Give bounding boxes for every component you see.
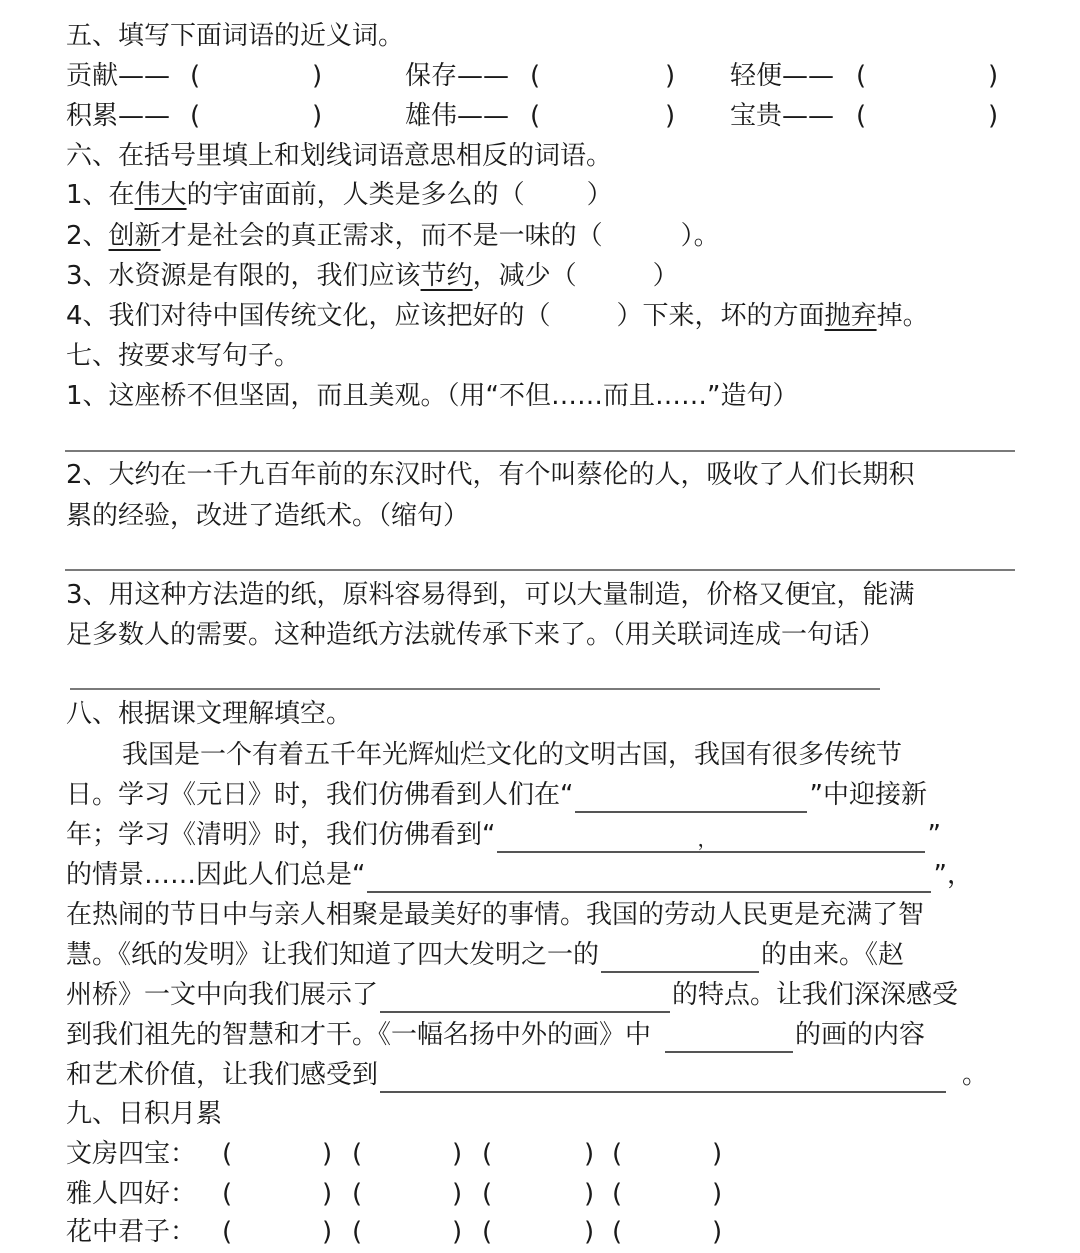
synonym-word: 保存—— <box>405 58 509 94</box>
antonym-question-3: 3、水资源是有限的，我们应该节约，减少（） <box>66 258 679 294</box>
synonym-word: 轻便—— <box>730 58 834 94</box>
text: 2、 <box>66 221 109 251</box>
fill-blank-feeling[interactable] <box>380 1061 946 1093</box>
section-6-title: 六、在括号里填上和划线词语意思相反的词语。 <box>66 138 612 174</box>
open-paren: ( <box>352 1214 362 1250</box>
open-paren: ( <box>482 1136 492 1172</box>
text: 到我们祖先的智慧和才干。《一幅名扬中外的画》中 <box>66 1020 651 1050</box>
text: 慧。《纸的发明》让我们知道了四大发明之一的 <box>66 940 599 970</box>
fill-blank-saying[interactable] <box>367 861 931 893</box>
open-paren: ( <box>222 1176 232 1212</box>
text: 日。学习《元日》时，我们仿佛看到人们在“ <box>66 780 573 810</box>
text: ） <box>653 261 679 291</box>
passage-line-1: 我国是一个有着五千年光辉灿烂文化的文明古国，我国有很多传统节 <box>122 737 902 773</box>
underlined-word: 节约 <box>421 261 473 291</box>
antonym-question-1: 1、在伟大的宇宙面前，人类是多么的（） <box>66 177 613 213</box>
sentence-question-2-line-1: 2、大约在一千九百年前的东汉时代，有个叫蔡伦的人，吸收了人们长期积 <box>66 457 915 493</box>
close-paren: ) <box>584 1214 594 1250</box>
fill-blank-bridge-features[interactable] <box>380 981 670 1013</box>
answer-blank[interactable] <box>374 1214 450 1250</box>
section-7-title: 七、按要求写句子。 <box>66 338 300 374</box>
open-paren: ( <box>352 1176 362 1212</box>
text: 的宇宙面前，人类是多么的（ <box>187 180 525 210</box>
sentence-question-3-line-2: 足多数人的需要。这种造纸方法就传承下来了。（用关联词连成一句话） <box>66 617 885 653</box>
answer-blank[interactable] <box>634 1214 710 1250</box>
close-paren: ) <box>988 98 998 134</box>
passage-line-2: 日。学习《元日》时，我们仿佛看到人们在“”中迎接新 <box>66 777 927 813</box>
synonym-answer-blank[interactable] <box>878 58 984 94</box>
text: ”中迎接新 <box>809 780 926 810</box>
fill-blank-painting[interactable] <box>665 1021 793 1053</box>
section-9-title: 九、日积月累 <box>66 1096 222 1132</box>
antonym-question-2: 2、创新才是社会的真正需求，而不是一味的（）。 <box>66 218 720 254</box>
answer-line-1[interactable] <box>65 450 1015 452</box>
underlined-word: 创新 <box>109 221 161 251</box>
open-paren: ( <box>612 1214 622 1250</box>
synonym-answer-blank[interactable] <box>552 98 662 134</box>
close-paren: ) <box>712 1176 722 1212</box>
passage-line-5: 在热闹的节日中与亲人相聚是最美好的事情。我国的劳动人民更是充满了智 <box>66 897 924 933</box>
answer-blank[interactable] <box>634 1176 710 1212</box>
section-5-title: 五、填写下面词语的近义词。 <box>66 18 404 54</box>
answer-blank[interactable] <box>244 1214 320 1250</box>
open-paren: ( <box>612 1136 622 1172</box>
sentence-question-3-line-1: 3、用这种方法造的纸，原料容易得到，可以大量制造，价格又便宜，能满 <box>66 577 915 613</box>
answer-line-3[interactable] <box>70 688 880 690</box>
open-paren: ( <box>222 1136 232 1172</box>
answer-blank[interactable] <box>504 1214 580 1250</box>
text: ）下来，坏的方面 <box>617 301 825 331</box>
synonym-answer-blank[interactable] <box>212 98 308 134</box>
passage-line-9: 和艺术价值，让我们感受到。 <box>66 1057 988 1093</box>
close-paren: ) <box>452 1136 462 1172</box>
text: 和艺术价值，让我们感受到 <box>66 1060 378 1090</box>
synonym-answer-blank[interactable] <box>552 58 662 94</box>
text: ” <box>927 820 940 850</box>
text: 才是社会的真正需求，而不是一味的（ <box>161 221 603 251</box>
row-label: 雅人四好： <box>66 1176 196 1212</box>
answer-blank[interactable] <box>504 1136 580 1172</box>
passage-line-4: 的情景……因此人们总是“”， <box>66 857 973 893</box>
antonym-question-4: 4、我们对待中国传统文化，应该把好的（）下来，坏的方面抛弃掉。 <box>66 298 929 334</box>
open-paren: ( <box>856 98 866 134</box>
text: 的画的内容 <box>795 1020 925 1050</box>
text: 年；学习《清明》时，我们仿佛看到“ <box>66 820 495 850</box>
close-paren: ) <box>322 1214 332 1250</box>
answer-blank[interactable] <box>374 1136 450 1172</box>
text: 的特点。让我们深深感受 <box>672 980 958 1010</box>
open-paren: ( <box>530 58 540 94</box>
text: 4、我们对待中国传统文化，应该把好的（ <box>66 301 551 331</box>
passage-line-7: 州桥》一文中向我们展示了的特点。让我们深深感受 <box>66 977 958 1013</box>
synonym-word: 积累—— <box>66 98 170 134</box>
answer-blank[interactable] <box>504 1176 580 1212</box>
section-8-title: 八、根据课文理解填空。 <box>66 696 352 732</box>
text: ， <box>697 821 717 853</box>
answer-blank[interactable] <box>244 1136 320 1172</box>
close-paren: ) <box>665 98 675 134</box>
open-paren: ( <box>612 1176 622 1212</box>
text: 1、在 <box>66 180 135 210</box>
row-label: 文房四宝： <box>66 1136 196 1172</box>
passage-line-6: 慧。《纸的发明》让我们知道了四大发明之一的的由来。《赵 <box>66 937 904 973</box>
open-paren: ( <box>190 98 200 134</box>
close-paren: ) <box>988 58 998 94</box>
synonym-word: 宝贵—— <box>730 98 834 134</box>
answer-blank[interactable] <box>634 1136 710 1172</box>
fill-blank-invention[interactable] <box>601 941 759 973</box>
synonym-word: 贡献—— <box>66 58 170 94</box>
close-paren: ) <box>322 1176 332 1212</box>
text: ） <box>587 180 613 210</box>
close-paren: ) <box>665 58 675 94</box>
passage-line-3: 年；学习《清明》时，我们仿佛看到“，” <box>66 817 941 853</box>
fill-blank-qingming-1[interactable] <box>497 821 697 853</box>
open-paren: ( <box>530 98 540 134</box>
answer-blank[interactable] <box>244 1176 320 1212</box>
row-label: 花中君子： <box>66 1214 196 1250</box>
open-paren: ( <box>190 58 200 94</box>
passage-line-8: 到我们祖先的智慧和才干。《一幅名扬中外的画》中的画的内容 <box>66 1017 925 1053</box>
text: 的情景……因此人们总是“ <box>66 860 365 890</box>
text: 的由来。《赵 <box>761 940 904 970</box>
fill-blank-yuanri[interactable] <box>575 781 807 813</box>
close-paren: ) <box>584 1136 594 1172</box>
text: ，减少（ <box>473 261 577 291</box>
close-paren: ) <box>584 1176 594 1212</box>
text: ）。 <box>681 221 720 251</box>
sentence-question-2-line-2: 累的经验，改进了造纸术。（缩句） <box>66 498 469 534</box>
close-paren: ) <box>452 1176 462 1212</box>
underlined-word: 伟大 <box>135 180 187 210</box>
close-paren: ) <box>312 58 322 94</box>
sentence-question-1: 1、这座桥不但坚固，而且美观。（用“不但……而且……”造句） <box>66 378 798 414</box>
close-paren: ) <box>312 98 322 134</box>
synonym-answer-blank[interactable] <box>212 58 308 94</box>
open-paren: ( <box>222 1214 232 1250</box>
text: ”， <box>933 860 972 890</box>
underlined-word: 抛弃 <box>825 301 877 331</box>
text: 3、水资源是有限的，我们应该 <box>66 261 421 291</box>
text: 掉。 <box>877 301 929 331</box>
close-paren: ) <box>712 1136 722 1172</box>
answer-line-2[interactable] <box>65 569 1015 571</box>
close-paren: ) <box>712 1214 722 1250</box>
synonym-answer-blank[interactable] <box>878 98 984 134</box>
open-paren: ( <box>856 58 866 94</box>
close-paren: ) <box>322 1136 332 1172</box>
text: 州桥》一文中向我们展示了 <box>66 980 378 1010</box>
close-paren: ) <box>452 1214 462 1250</box>
synonym-word: 雄伟—— <box>405 98 509 134</box>
open-paren: ( <box>482 1214 492 1250</box>
open-paren: ( <box>482 1176 492 1212</box>
fill-blank-qingming-2[interactable] <box>717 821 925 853</box>
open-paren: ( <box>352 1136 362 1172</box>
answer-blank[interactable] <box>374 1176 450 1212</box>
text: 。 <box>962 1060 988 1090</box>
